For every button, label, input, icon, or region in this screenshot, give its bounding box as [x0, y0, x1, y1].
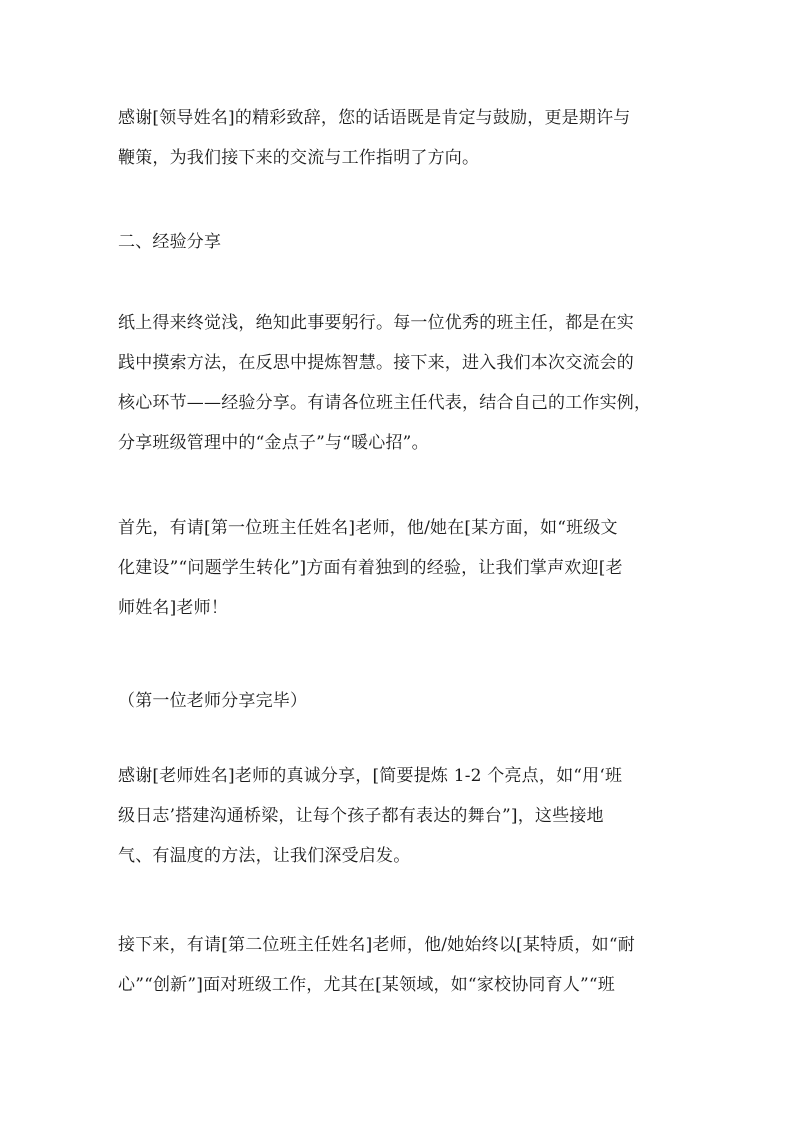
text-line: 首先，有请[第一位班主任姓名]老师，他/她在[某方面，如“班级文	[118, 508, 678, 548]
paragraph-intro-experience: 纸上得来终觉浅，绝知此事要躬行。每一位优秀的班主任，都是在实 践中摸索方法，在反…	[118, 303, 678, 463]
heading-text: 二、经验分享	[118, 222, 678, 262]
text-line: 心”“创新”]面对班级工作，尤其在[某领域，如“家校协同育人”“班	[118, 965, 678, 1005]
section-heading-experience-sharing: 二、经验分享	[118, 222, 678, 262]
text-line: 鞭策，为我们接下来的交流与工作指明了方向。	[118, 138, 678, 178]
text-line: 核心环节——经验分享。有请各位班主任代表，结合自己的工作实例，	[118, 383, 678, 423]
text-line: 感谢[老师姓名]老师的真诚分享，[简要提炼 1-2 个亮点，如“用‘班	[118, 756, 678, 796]
text-line: 师姓名]老师！	[118, 588, 678, 628]
text-line: 纸上得来终觉浅，绝知此事要躬行。每一位优秀的班主任，都是在实	[118, 303, 678, 343]
text-line: 气、有温度的方法，让我们深受启发。	[118, 836, 678, 876]
text-line: 化建设”“问题学生转化”]方面有着独到的经验，让我们掌声欢迎[老	[118, 548, 678, 588]
document-page: 感谢[领导姓名]的精彩致辞，您的话语既是肯定与鼓励，更是期许与 鞭策，为我们接下…	[0, 0, 793, 1122]
paragraph-second-teacher-intro: 接下来，有请[第二位班主任姓名]老师，他/她始终以[某特质，如“耐 心”“创新”…	[118, 925, 678, 1005]
text-line: （第一位老师分享完毕）	[118, 681, 678, 721]
text-line: 分享班级管理中的“金点子”与“暖心招”。	[118, 423, 678, 463]
paragraph-thanks-leader: 感谢[领导姓名]的精彩致辞，您的话语既是肯定与鼓励，更是期许与 鞭策，为我们接下…	[118, 98, 678, 178]
text-line: 接下来，有请[第二位班主任姓名]老师，他/她始终以[某特质，如“耐	[118, 925, 678, 965]
text-line: 级日志’搭建沟通桥梁，让每个孩子都有表达的舞台”]，这些接地	[118, 796, 678, 836]
paragraph-thanks-first-teacher: 感谢[老师姓名]老师的真诚分享，[简要提炼 1-2 个亮点，如“用‘班 级日志’…	[118, 756, 678, 876]
paragraph-first-teacher-done: （第一位老师分享完毕）	[118, 681, 678, 721]
text-line: 践中摸索方法，在反思中提炼智慧。接下来，进入我们本次交流会的	[118, 343, 678, 383]
text-line: 感谢[领导姓名]的精彩致辞，您的话语既是肯定与鼓励，更是期许与	[118, 98, 678, 138]
paragraph-first-teacher-intro: 首先，有请[第一位班主任姓名]老师，他/她在[某方面，如“班级文 化建设”“问题…	[118, 508, 678, 628]
